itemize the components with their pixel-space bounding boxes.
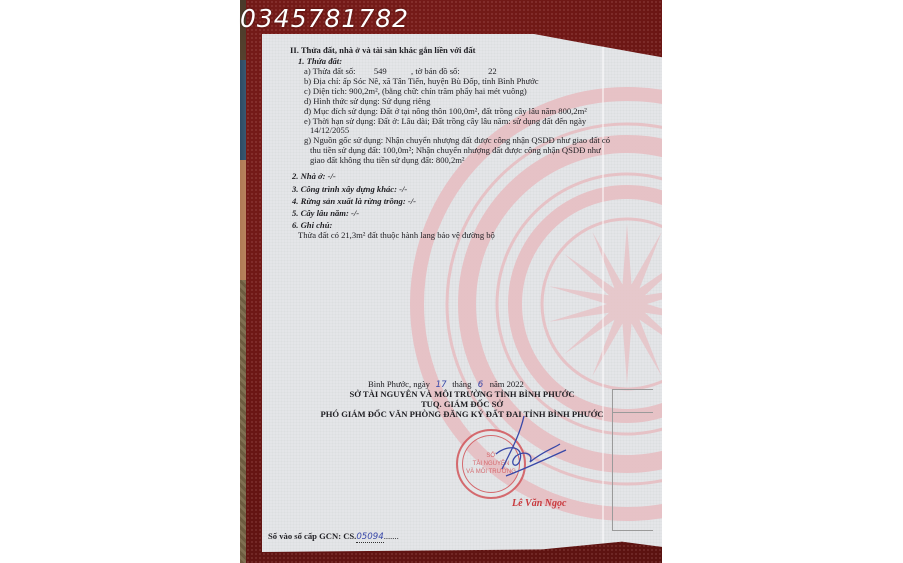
house-row: 2. Nhà ở: -/- [292, 171, 336, 182]
certificate-page: II. Thửa đất, nhà ở và tài sản khác gắn … [262, 34, 662, 552]
origin-row-3: giao đất không thu tiền sử dụng đất: 800… [310, 155, 465, 166]
page-fold [602, 34, 604, 552]
registry-label: Số vào sổ cấp GCN: CS. [268, 531, 356, 541]
issue-year: năm 2022 [490, 379, 524, 389]
other-construction-row: 3. Công trình xây dựng khác: -/- [292, 184, 407, 195]
parcel-number-label: a) Thửa đất số: [304, 66, 356, 76]
parcel-number: 549 [374, 66, 387, 76]
perennial-trees-row: 5. Cây lâu năm: -/- [292, 208, 359, 219]
map-sheet-number: 22 [488, 66, 497, 76]
signer-name: Lê Văn Ngọc [512, 498, 566, 509]
registry-number: 05094 [356, 532, 383, 543]
production-forest-row: 4. Rừng sản xuất là rừng trồng: -/- [292, 196, 416, 207]
map-sheet-label: , tờ bản đồ số: [411, 66, 460, 76]
month-label: tháng [452, 379, 471, 389]
certificate-photo: II. Thửa đất, nhà ở và tài sản khác gắn … [240, 0, 662, 563]
registry-row: Số vào sổ cấp GCN: CS.05094....... [268, 531, 399, 543]
notes-text: Thửa đất có 21,3m² đất thuộc hành lang b… [298, 230, 495, 241]
section-title: II. Thửa đất, nhà ở và tài sản khác gắn … [290, 45, 475, 56]
phone-number-overlay: 0345781782 [240, 4, 409, 33]
date-prefix: Bình Phước, ngày [368, 379, 430, 389]
signature-icon [462, 414, 572, 494]
